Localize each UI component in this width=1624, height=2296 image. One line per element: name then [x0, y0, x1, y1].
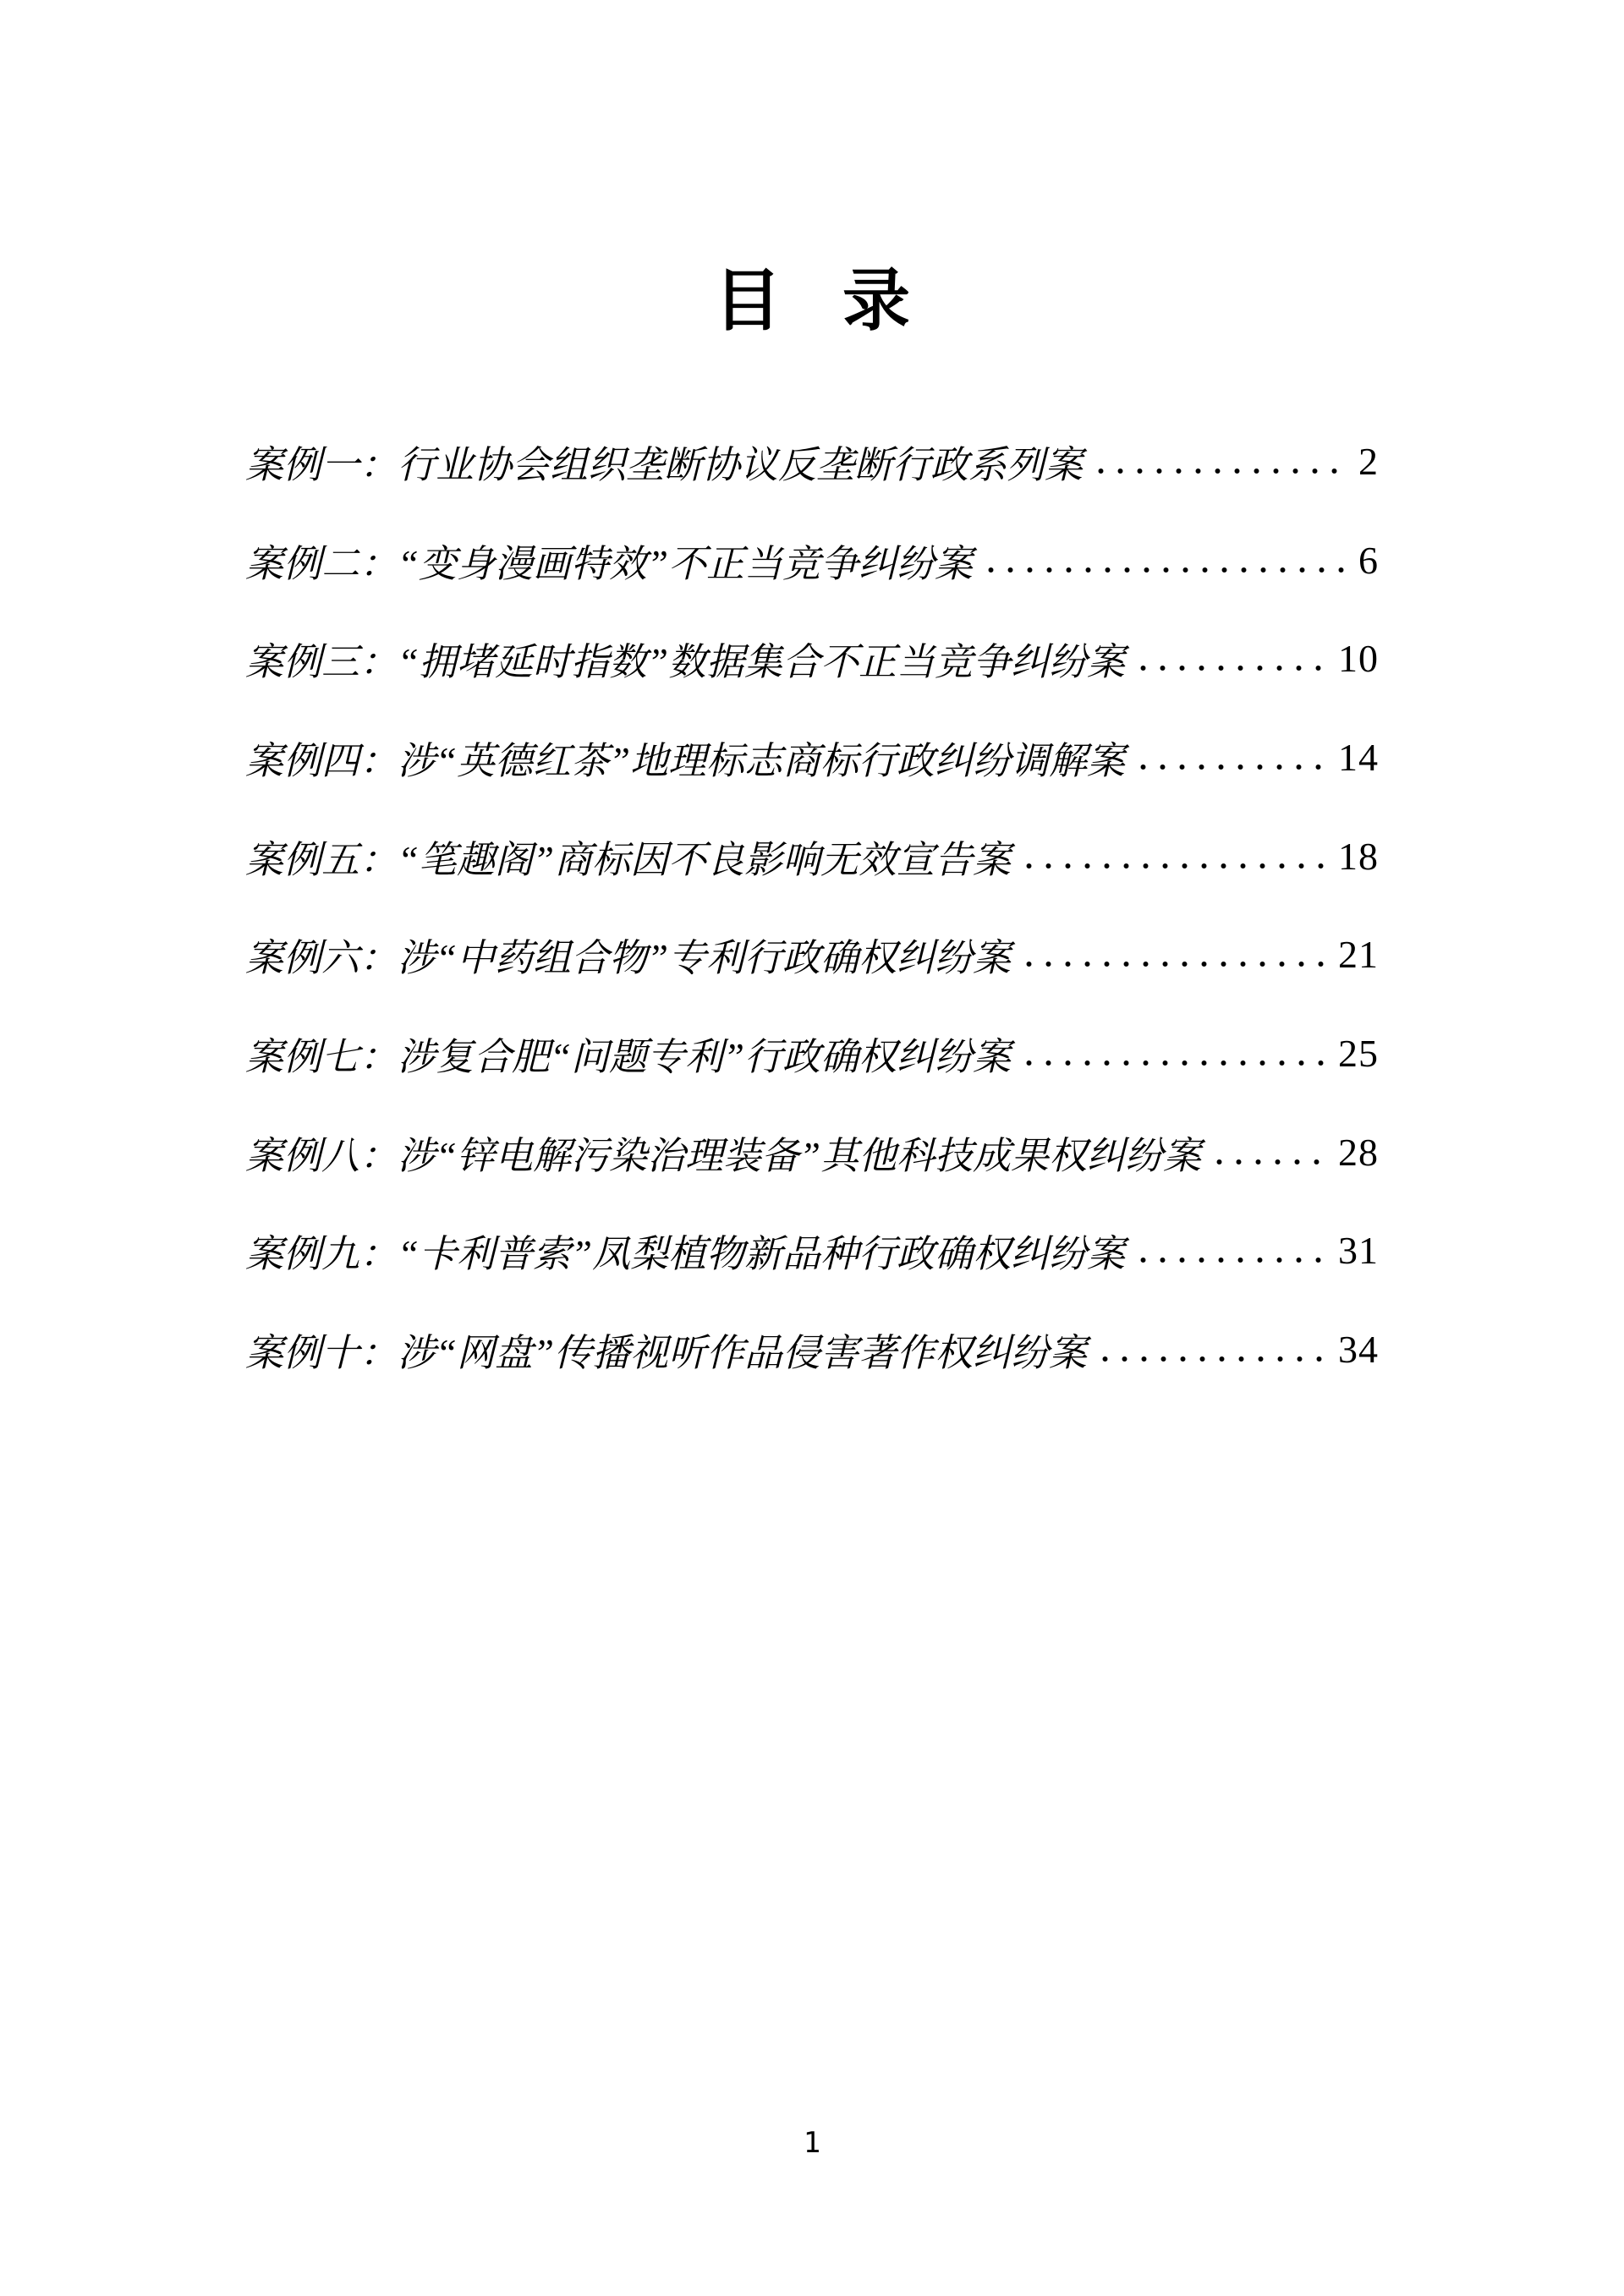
- footer-page-number: 1: [0, 2126, 1624, 2160]
- dot-leader: [1133, 1231, 1325, 1269]
- dot-leader: [1210, 1133, 1325, 1171]
- document-page: 目 录 案例一：行业协会组织垄断协议反垄断行政系列案 2 案例二：“变身漫画特效…: [0, 0, 1624, 2296]
- toc-entry-page-number: 34: [1338, 1327, 1379, 1372]
- toc-entry-label: 案例七：涉复合肥“问题专利”行政确权纠纷案: [245, 1026, 1011, 1081]
- dot-leader: [1019, 935, 1325, 973]
- toc-entry-label: 案例三：“拥堵延时指数”数据集合不正当竞争纠纷案: [245, 631, 1125, 686]
- toc-entry-page-number: 2: [1358, 439, 1379, 484]
- toc-entry-label: 案例十：涉“网盘”传播视听作品侵害著作权纠纷案: [245, 1322, 1087, 1377]
- toc-title: 目 录: [0, 255, 1624, 348]
- dot-leader: [1091, 442, 1345, 480]
- toc-entry[interactable]: 案例七：涉复合肥“问题专利”行政确权纠纷案 25: [245, 1004, 1379, 1103]
- toc-entry-page-number: 10: [1338, 636, 1379, 681]
- toc-entry-page-number: 18: [1338, 834, 1379, 879]
- dot-leader: [1019, 1034, 1325, 1072]
- toc-entry[interactable]: 案例二：“变身漫画特效”不正当竞争纠纷案 6: [245, 511, 1379, 610]
- toc-entry[interactable]: 案例四：涉“英德红茶”地理标志商标行政纠纷调解案 14: [245, 708, 1379, 807]
- toc-entry[interactable]: 案例八：涉“锌电解污染治理装备”其他科技成果权纠纷案 28: [245, 1103, 1379, 1202]
- toc-entry-label: 案例六：涉“中药组合物”专利行政确权纠纷案: [245, 927, 1011, 982]
- toc-entry[interactable]: 案例十：涉“网盘”传播视听作品侵害著作权纠纷案 34: [245, 1300, 1379, 1399]
- dot-leader: [1133, 738, 1325, 776]
- toc-entry[interactable]: 案例六：涉“中药组合物”专利行政确权纠纷案 21: [245, 905, 1379, 1004]
- toc-entry-page-number: 6: [1358, 538, 1379, 583]
- toc-list: 案例一：行业协会组织垄断协议反垄断行政系列案 2 案例二：“变身漫画特效”不正当…: [245, 412, 1379, 1399]
- toc-entry-label: 案例五：“笔趣阁”商标因不良影响无效宣告案: [245, 829, 1011, 884]
- toc-entry[interactable]: 案例九：“卡利普索”凤梨植物新品种行政确权纠纷案 31: [245, 1202, 1379, 1301]
- toc-entry-label: 案例四：涉“英德红茶”地理标志商标行政纠纷调解案: [245, 730, 1125, 785]
- toc-entry-page-number: 21: [1338, 932, 1379, 977]
- dot-leader: [981, 541, 1345, 579]
- toc-entry-page-number: 25: [1338, 1031, 1379, 1076]
- toc-entry[interactable]: 案例一：行业协会组织垄断协议反垄断行政系列案 2: [245, 412, 1379, 511]
- toc-entry[interactable]: 案例五：“笔趣阁”商标因不良影响无效宣告案 18: [245, 807, 1379, 906]
- dot-leader: [1133, 639, 1325, 677]
- toc-entry-label: 案例一：行业协会组织垄断协议反垄断行政系列案: [245, 434, 1083, 489]
- dot-leader: [1019, 837, 1325, 875]
- toc-entry-page-number: 31: [1338, 1228, 1379, 1273]
- toc-entry-page-number: 28: [1338, 1130, 1379, 1175]
- toc-entry-page-number: 14: [1338, 735, 1379, 780]
- toc-entry-label: 案例二：“变身漫画特效”不正当竞争纠纷案: [245, 533, 973, 588]
- toc-entry-label: 案例八：涉“锌电解污染治理装备”其他科技成果权纠纷案: [245, 1125, 1201, 1180]
- toc-entry[interactable]: 案例三：“拥堵延时指数”数据集合不正当竞争纠纷案 10: [245, 609, 1379, 708]
- dot-leader: [1095, 1330, 1325, 1368]
- toc-entry-label: 案例九：“卡利普索”凤梨植物新品种行政确权纠纷案: [245, 1223, 1125, 1278]
